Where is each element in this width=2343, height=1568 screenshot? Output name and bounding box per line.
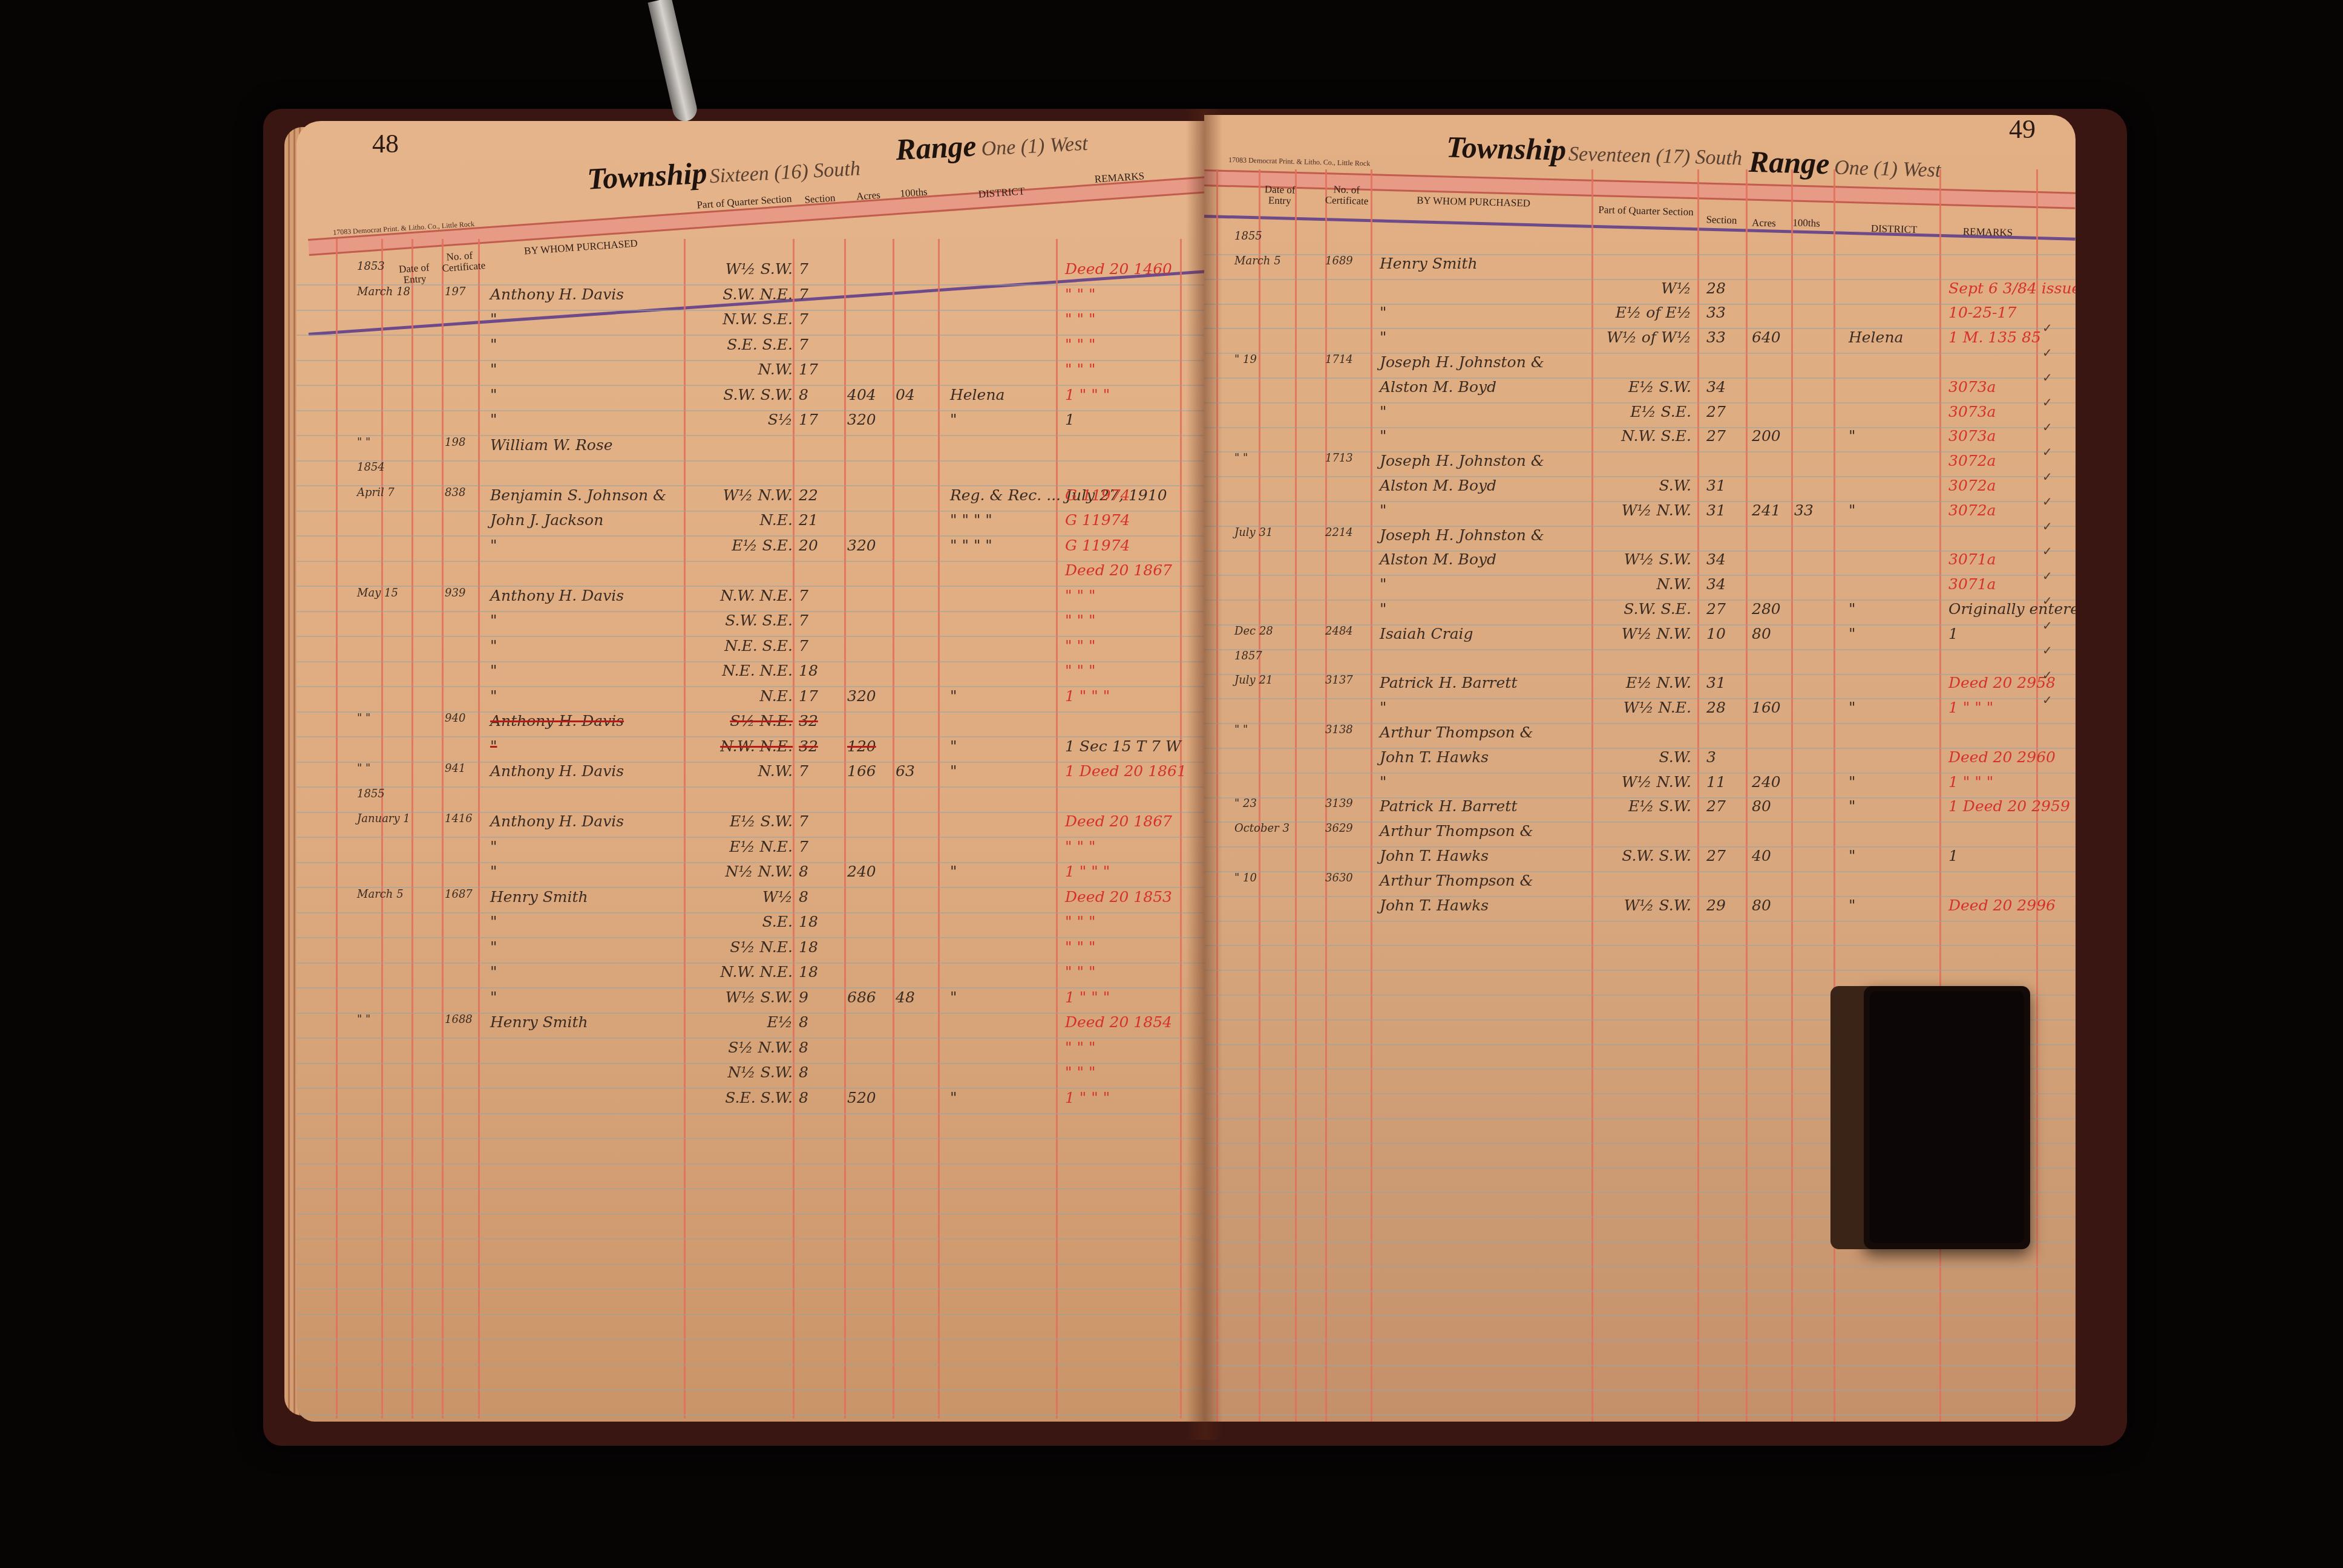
ledger-cell-date: " " bbox=[1234, 724, 1248, 736]
column-header: Section bbox=[1700, 214, 1743, 226]
ledger-cell-remarks: 1 bbox=[1948, 625, 1958, 642]
ledger-cell-hundredths: 33 bbox=[1794, 501, 1814, 519]
ledger-cell-remarks: " " " bbox=[1065, 637, 1095, 655]
township-heading: TownshipSixteen (16) South bbox=[586, 147, 861, 197]
ledger-cell-purchaser: " bbox=[490, 662, 497, 679]
ledger-cell-purchaser: " bbox=[490, 838, 497, 855]
ledger-cell-purchaser: Alston M. Boyd bbox=[1380, 550, 1496, 568]
ledger-cell-remarks: " " " bbox=[1065, 963, 1095, 981]
margin-checkmark: ✓ bbox=[2042, 668, 2053, 683]
ledger-cell-purchaser: " bbox=[1380, 304, 1387, 321]
ledger-cell-section: 22 bbox=[799, 486, 818, 504]
ledger-cell-date: 1854 bbox=[357, 461, 385, 474]
ledger-cell-purchaser: Joseph H. Johnston & bbox=[1380, 526, 1544, 544]
ledger-cell-date: January 1 bbox=[357, 812, 410, 825]
ledger-cell-part: S½ N.E. bbox=[696, 712, 793, 730]
ledger-cell-purchaser: Joseph H. Johnston & bbox=[1380, 452, 1544, 469]
ledger-cell-purchaser: " bbox=[1380, 427, 1387, 445]
ledger-cell-section: 3 bbox=[1706, 748, 1716, 766]
ledger-cell-section: 7 bbox=[799, 762, 808, 780]
column-rule bbox=[1259, 169, 1260, 1422]
row-rule bbox=[1204, 1414, 2076, 1416]
ledger-cell-purchaser: " bbox=[490, 537, 497, 554]
ledger-cell-part: W½ S.W. bbox=[696, 988, 793, 1006]
ledger-cell-remarks: 1 Deed 20 1861 bbox=[1065, 762, 1187, 780]
ledger-cell-section: 8 bbox=[799, 863, 808, 880]
margin-checkmark: ✓ bbox=[2042, 544, 2053, 559]
ledger-cell-section: 17 bbox=[799, 687, 818, 705]
ledger-cell-district: " bbox=[1849, 625, 1856, 642]
ledger-cell-district: " bbox=[1849, 847, 1856, 864]
ledger-cell-section: 10 bbox=[1706, 625, 1726, 642]
column-rule bbox=[1295, 169, 1297, 1422]
column-rule bbox=[1371, 169, 1372, 1422]
ledger-cell-part: W½ S.W. bbox=[696, 260, 793, 278]
row-rule bbox=[1204, 649, 2076, 650]
row-rule bbox=[297, 1414, 1204, 1416]
ledger-cell-acres: 80 bbox=[1752, 625, 1771, 642]
ledger-cell-section: 8 bbox=[799, 888, 808, 906]
ledger-cell-remarks: G 11974 bbox=[1065, 537, 1130, 554]
row-rule bbox=[1204, 1266, 2076, 1267]
ledger-cell-cert: 1714 bbox=[1325, 353, 1353, 366]
ledger-cell-part: E½ S.W. bbox=[696, 812, 793, 830]
ledger-cell-part: S.W. S.W. bbox=[696, 386, 793, 403]
ledger-cell-remarks: G 11974 bbox=[1065, 511, 1130, 529]
ledger-cell-remarks: 3072a bbox=[1948, 501, 1996, 519]
ledger-cell-acres: 241 bbox=[1752, 501, 1781, 519]
ledger-cell-district: " bbox=[1849, 427, 1856, 445]
column-header: No. of Certificate bbox=[441, 250, 479, 274]
ledger-cell-remarks: 1 " " " bbox=[1065, 386, 1110, 403]
ledger-cell-remarks: 1 " " " bbox=[1948, 773, 1993, 791]
ledger-cell-remarks: 3071a bbox=[1948, 575, 1996, 593]
column-rule bbox=[336, 239, 338, 1419]
ledger-cell-date: " " bbox=[357, 762, 370, 775]
ledger-cell-part: S.E. S.E. bbox=[696, 336, 793, 353]
ledger-cell-part: N.E. bbox=[696, 687, 793, 705]
ledger-cell-remarks: Sept 6 3/84 issued bbox=[1948, 279, 2076, 297]
row-rule bbox=[1204, 1315, 2076, 1316]
ledger-cell-purchaser: John T. Hawks bbox=[1380, 897, 1489, 914]
ledger-cell-section: 8 bbox=[799, 1089, 808, 1106]
metal-page-clip bbox=[648, 0, 700, 123]
ledger-cell-purchaser: Joseph H. Johnston & bbox=[1380, 353, 1544, 371]
ledger-cell-purchaser: Benjamin S. Johnson & bbox=[490, 486, 666, 504]
column-rule bbox=[478, 239, 480, 1419]
page-number: 49 bbox=[2009, 115, 2036, 145]
row-rule bbox=[297, 1314, 1204, 1315]
ledger-cell-section: 31 bbox=[1706, 477, 1726, 494]
margin-checkmark: ✓ bbox=[2042, 345, 2053, 361]
ledger-cell-cert: 1713 bbox=[1325, 452, 1353, 465]
column-header: 100ths bbox=[1788, 217, 1824, 229]
ledger-cell-cert: 941 bbox=[445, 762, 465, 775]
ledger-cell-remarks: Deed 20 2958 bbox=[1948, 674, 2056, 691]
row-rule bbox=[297, 1339, 1204, 1340]
ledger-cell-part: W½ N.W. bbox=[1597, 773, 1691, 791]
ledger-cell-section: 33 bbox=[1706, 304, 1726, 321]
ledger-cell-part: S½ N.E. bbox=[696, 938, 793, 956]
township-value: Seventeen (17) South bbox=[1568, 143, 1743, 170]
ledger-cell-remarks: " " " bbox=[1065, 662, 1095, 679]
ledger-cell-section: 21 bbox=[799, 511, 818, 529]
column-header: Date of Entry bbox=[1259, 184, 1302, 207]
row-rule bbox=[297, 1289, 1204, 1290]
ledger-cell-purchaser: " bbox=[1380, 575, 1387, 593]
ledger-cell-part: N.E. N.E. bbox=[696, 662, 793, 679]
ledger-cell-part: S.W. bbox=[1597, 748, 1691, 766]
ledger-cell-purchaser: " bbox=[1380, 699, 1387, 716]
ledger-cell-remarks: Originally entered as S½ of S.E. bbox=[1948, 600, 2076, 618]
range-value: One (1) West bbox=[981, 132, 1089, 160]
ledger-cell-section: 7 bbox=[799, 812, 808, 830]
ledger-cell-section: 31 bbox=[1706, 674, 1726, 691]
ledger-cell-cert: 197 bbox=[445, 286, 465, 298]
ledger-cell-part: E½ S.E. bbox=[1597, 403, 1691, 420]
column-rule bbox=[381, 239, 383, 1419]
column-rule bbox=[2036, 169, 2038, 1422]
ledger-cell-district: " " " " bbox=[950, 537, 992, 554]
ledger-cell-remarks: " " " bbox=[1065, 587, 1095, 604]
ledger-cell-purchaser: " bbox=[490, 411, 497, 428]
ledger-cell-purchaser: Anthony H. Davis bbox=[490, 286, 624, 303]
ledger-cell-date: " 23 bbox=[1234, 797, 1257, 810]
ledger-cell-acres: 280 bbox=[1752, 600, 1781, 618]
ledger-cell-cert: 940 bbox=[445, 712, 465, 725]
ledger-cell-part: W½ N.W. bbox=[696, 486, 793, 504]
printer-line: 17083 Democrat Print. & Litho. Co., Litt… bbox=[1228, 155, 1371, 168]
ledger-cell-remarks: 1 " " " bbox=[1948, 699, 1993, 716]
ledger-cell-purchaser: Alston M. Boyd bbox=[1380, 378, 1496, 396]
ledger-cell-remarks: " " " bbox=[1065, 1039, 1095, 1056]
ledger-cell-purchaser: Patrick H. Barrett bbox=[1380, 797, 1517, 815]
ledger-cell-section: 11 bbox=[1706, 773, 1726, 791]
ledger-cell-section: 8 bbox=[799, 1063, 808, 1081]
ledger-cell-part: S.E. S.W. bbox=[696, 1089, 793, 1106]
ledger-cell-remarks: Deed 20 1867 bbox=[1065, 561, 1172, 579]
ledger-cell-purchaser: Anthony H. Davis bbox=[490, 712, 624, 730]
township-label: Township bbox=[586, 155, 708, 195]
ledger-cell-part: N½ S.W. bbox=[696, 1063, 793, 1081]
ledger-cell-section: 18 bbox=[799, 938, 818, 956]
township-heading: TownshipSeventeen (17) South bbox=[1446, 129, 1743, 172]
ledger-cell-remarks: 3073a bbox=[1948, 378, 1996, 396]
township-value: Sixteen (16) South bbox=[709, 157, 861, 188]
paperweight bbox=[1864, 986, 2030, 1249]
row-rule bbox=[297, 786, 1204, 788]
margin-checkmark: ✓ bbox=[2042, 618, 2053, 633]
ledger-cell-part: E½ S.W. bbox=[1597, 378, 1691, 396]
margin-checkmark: ✓ bbox=[2042, 693, 2053, 708]
ledger-cell-date: " 10 bbox=[1234, 872, 1257, 884]
ledger-cell-part: E½ of E½ bbox=[1597, 304, 1691, 321]
ledger-cell-section: 18 bbox=[799, 913, 818, 930]
ledger-cell-date: Dec 28 bbox=[1234, 625, 1273, 638]
ledger-cell-part: E½ S.W. bbox=[1597, 797, 1691, 815]
ledger-cell-part: N.W. N.E. bbox=[696, 737, 793, 755]
column-header: Part of Quarter Section bbox=[1597, 204, 1694, 218]
ledger-cell-cert: 1689 bbox=[1325, 255, 1353, 267]
ledger-cell-section: 17 bbox=[799, 361, 818, 378]
ledger-cell-purchaser: " bbox=[1380, 501, 1387, 519]
row-rule bbox=[1204, 1291, 2076, 1292]
ledger-cell-section: 17 bbox=[799, 411, 818, 428]
row-rule bbox=[297, 1163, 1204, 1165]
ledger-cell-remarks: 1 " " " bbox=[1065, 1089, 1110, 1106]
column-rule bbox=[938, 239, 940, 1419]
ledger-cell-purchaser: Isaiah Craig bbox=[1380, 625, 1473, 642]
ledger-cell-purchaser: John J. Jackson bbox=[490, 511, 603, 529]
ledger-cell-acres: 80 bbox=[1752, 797, 1771, 815]
ledger-cell-part: N.W. S.E. bbox=[1597, 427, 1691, 445]
ledger-cell-section: 32 bbox=[799, 712, 818, 730]
ledger-cell-date: July 21 bbox=[1234, 674, 1273, 687]
ledger-cell-remarks: " " " bbox=[1065, 286, 1095, 303]
ledger-cell-district: " bbox=[1849, 600, 1856, 618]
ledger-cell-purchaser: Anthony H. Davis bbox=[490, 762, 624, 780]
ledger-cell-remarks: 3073a bbox=[1948, 403, 1996, 420]
ledger-cell-section: 18 bbox=[799, 963, 818, 981]
ledger-cell-section: 7 bbox=[799, 637, 808, 655]
ledger-cell-purchaser: " bbox=[1380, 403, 1387, 420]
ledger-cell-section: 7 bbox=[799, 838, 808, 855]
ledger-cell-purchaser: " bbox=[1380, 600, 1387, 618]
column-rule bbox=[1180, 239, 1182, 1419]
ledger-cell-date: 1855 bbox=[1234, 230, 1262, 243]
ledger-cell-acres: 166 bbox=[847, 762, 876, 780]
ledger-cell-district: Helena bbox=[950, 386, 1004, 403]
row-rule bbox=[297, 1113, 1204, 1114]
ledger-cell-remarks: 1 Sec 15 T 7 W bbox=[1065, 737, 1181, 755]
ledger-cell-remarks: 1 M. 135 85 bbox=[1948, 328, 2041, 346]
ledger-cell-purchaser: " bbox=[490, 737, 497, 755]
row-rule bbox=[297, 1389, 1204, 1390]
ledger-cell-district: " bbox=[950, 1089, 957, 1106]
column-rule bbox=[411, 239, 413, 1419]
ledger-cell-district: " bbox=[950, 687, 957, 705]
ledger-cell-remarks: " " " bbox=[1065, 838, 1095, 855]
column-header: No. of Certificate bbox=[1325, 184, 1368, 207]
row-rule bbox=[297, 1364, 1204, 1365]
ledger-cell-part: N.W. bbox=[696, 361, 793, 378]
ledger-cell-part: N.W. bbox=[696, 762, 793, 780]
row-rule bbox=[297, 1138, 1204, 1139]
ledger-cell-purchaser: John T. Hawks bbox=[1380, 847, 1489, 864]
ledger-cell-purchaser: " bbox=[490, 963, 497, 981]
ledger-cell-section: 8 bbox=[799, 386, 808, 403]
ledger-cell-part: S½ bbox=[696, 411, 793, 428]
ledger-cell-section: 34 bbox=[1706, 550, 1726, 568]
ledger-cell-date: " " bbox=[357, 436, 370, 449]
ledger-cell-section: 7 bbox=[799, 336, 808, 353]
ledger-cell-hundredths: 04 bbox=[896, 386, 915, 403]
margin-checkmark: ✓ bbox=[2042, 370, 2053, 385]
ledger-cell-purchaser: " bbox=[490, 913, 497, 930]
range-heading: RangeOne (1) West bbox=[1748, 144, 1941, 184]
margin-checkmark: ✓ bbox=[2042, 321, 2053, 336]
ledger-cell-purchaser: " bbox=[490, 336, 497, 353]
column-rule bbox=[684, 239, 686, 1419]
column-rule bbox=[1591, 169, 1593, 1422]
column-rule bbox=[893, 239, 894, 1419]
ledger-cell-part: W½ S.W. bbox=[1597, 550, 1691, 568]
ledger-cell-section: 8 bbox=[799, 1013, 808, 1031]
ledger-cell-district: " " " " bbox=[950, 511, 992, 529]
ledger-cell-part: N.W. N.E. bbox=[696, 963, 793, 981]
range-label: Range bbox=[1748, 145, 1830, 180]
ledger-cell-acres: 640 bbox=[1752, 328, 1781, 346]
ledger-cell-part: E½ S.E. bbox=[696, 537, 793, 554]
ledger-cell-date: May 15 bbox=[357, 587, 398, 599]
margin-checkmark: ✓ bbox=[2042, 519, 2053, 534]
ledger-cell-date: " " bbox=[1234, 452, 1248, 465]
column-header: BY WHOM PURCHASED bbox=[1380, 194, 1567, 210]
ledger-cell-part: W½ N.W. bbox=[1597, 501, 1691, 519]
ledger-cell-date: October 3 bbox=[1234, 822, 1289, 835]
ledger-cell-remarks: 1 Deed 20 2959 bbox=[1948, 797, 2070, 815]
ledger-cell-section: 7 bbox=[799, 260, 808, 278]
column-header: DISTRICT bbox=[1852, 223, 1936, 236]
margin-checkmark: ✓ bbox=[2042, 395, 2053, 410]
ledger-cell-date: 1857 bbox=[1234, 650, 1262, 662]
ledger-cell-acres: 320 bbox=[847, 537, 876, 554]
ledger-cell-date: 1853 bbox=[357, 260, 385, 273]
ledger-cell-section: 29 bbox=[1706, 897, 1726, 914]
ledger-cell-cert: 3139 bbox=[1325, 797, 1353, 810]
ledger-cell-remarks: Deed 20 1460 bbox=[1065, 260, 1172, 278]
ledger-cell-remarks: 1 " " " bbox=[1065, 988, 1110, 1006]
column-header: Date of Entry bbox=[387, 261, 442, 287]
ledger-cell-acres: 200 bbox=[1752, 427, 1781, 445]
column-rule bbox=[793, 239, 795, 1419]
row-rule bbox=[1204, 1340, 2076, 1341]
ledger-cell-remarks: Deed 20 1853 bbox=[1065, 888, 1172, 906]
ledger-cell-cert: 3138 bbox=[1325, 724, 1353, 736]
ledger-cell-remarks: Deed 20 1867 bbox=[1065, 812, 1172, 830]
ledger-cell-purchaser: Patrick H. Barrett bbox=[1380, 674, 1517, 691]
margin-checkmark: ✓ bbox=[2042, 420, 2053, 435]
ledger-cell-remarks: 1 bbox=[1948, 847, 1958, 864]
ledger-cell-acres: 160 bbox=[1752, 699, 1781, 716]
ledger-cell-hundredths: 48 bbox=[896, 988, 915, 1006]
ledger-cell-part: E½ N.E. bbox=[696, 838, 793, 855]
ledger-cell-purchaser: " bbox=[490, 687, 497, 705]
ledger-cell-date: March 18 bbox=[357, 286, 410, 298]
ledger-cell-date: " " bbox=[357, 712, 370, 725]
ledger-cell-remarks: G 11974 bbox=[1065, 486, 1130, 504]
ledger-cell-acres: 120 bbox=[847, 737, 876, 755]
ledger-cell-remarks: 3072a bbox=[1948, 452, 1996, 469]
ledger-cell-cert: 2214 bbox=[1325, 526, 1353, 539]
ledger-cell-district: " bbox=[1849, 797, 1856, 815]
row-rule bbox=[297, 460, 1204, 462]
ledger-cell-cert: 838 bbox=[445, 486, 465, 499]
ledger-cell-purchaser: " bbox=[490, 863, 497, 880]
ledger-cell-acres: 320 bbox=[847, 411, 876, 428]
ledger-cell-part: W½ bbox=[696, 888, 793, 906]
ledger-cell-part: S.W. S.E. bbox=[1597, 600, 1691, 618]
ledger-cell-section: 18 bbox=[799, 662, 818, 679]
ledger-cell-purchaser: Arthur Thompson & bbox=[1380, 724, 1533, 741]
range-label: Range bbox=[895, 128, 977, 166]
ledger-cell-part: W½ N.W. bbox=[1597, 625, 1691, 642]
ledger-cell-cert: 2484 bbox=[1325, 625, 1353, 638]
ledger-cell-section: 34 bbox=[1706, 378, 1726, 396]
ledger-cell-district: " bbox=[950, 762, 957, 780]
ledger-cell-section: 8 bbox=[799, 1039, 808, 1056]
ledger-cell-district: " bbox=[1849, 773, 1856, 791]
ledger-cell-purchaser: " bbox=[490, 988, 497, 1006]
ledger-cell-purchaser: Anthony H. Davis bbox=[490, 587, 624, 604]
column-header: Acres bbox=[1746, 217, 1782, 229]
ledger-cell-cert: 198 bbox=[445, 436, 465, 449]
ledger-cell-remarks: 3072a bbox=[1948, 477, 1996, 494]
row-rule bbox=[1204, 970, 2076, 971]
ledger-cell-cert: 3137 bbox=[1325, 674, 1353, 687]
ledger-cell-remarks: " " " bbox=[1065, 310, 1095, 328]
ledger-cell-section: 28 bbox=[1706, 279, 1726, 297]
ledger-cell-remarks: " " " bbox=[1065, 361, 1095, 378]
ledger-cell-district: Helena bbox=[1849, 328, 1903, 346]
ledger-cell-date: " 19 bbox=[1234, 353, 1257, 366]
ledger-cell-acres: 520 bbox=[847, 1089, 876, 1106]
ledger-cell-date: 1855 bbox=[357, 788, 385, 800]
ledger-cell-part: S.W. N.E. bbox=[696, 286, 793, 303]
ledger-cell-section: 32 bbox=[799, 737, 818, 755]
ledger-cell-acres: 404 bbox=[847, 386, 876, 403]
ledger-cell-purchaser: William W. Rose bbox=[490, 436, 613, 454]
ledger-cell-part: N.E. S.E. bbox=[696, 637, 793, 655]
ledger-cell-section: 34 bbox=[1706, 575, 1726, 593]
ledger-cell-purchaser: Arthur Thompson & bbox=[1380, 822, 1533, 840]
range-value: One (1) West bbox=[1834, 157, 1941, 182]
ledger-cell-part: N.W. S.E. bbox=[696, 310, 793, 328]
row-rule bbox=[1204, 1390, 2076, 1391]
ledger-cell-purchaser: " bbox=[490, 361, 497, 378]
ledger-cell-section: 9 bbox=[799, 988, 808, 1006]
ledger-cell-purchaser: " bbox=[490, 637, 497, 655]
ledger-cell-part: W½ N.E. bbox=[1597, 699, 1691, 716]
range-heading: RangeOne (1) West bbox=[895, 122, 1089, 168]
ledger-cell-section: 27 bbox=[1706, 797, 1726, 815]
column-rule bbox=[844, 239, 846, 1419]
column-rule bbox=[1056, 239, 1058, 1419]
ledger-cell-section: 28 bbox=[1706, 699, 1726, 716]
book-gutter bbox=[1186, 109, 1222, 1440]
row-rule bbox=[297, 1214, 1204, 1215]
row-rule bbox=[297, 1238, 1204, 1240]
ledger-cell-part: W½ bbox=[1597, 279, 1691, 297]
ledger-cell-purchaser: " bbox=[490, 612, 497, 629]
ledger-cell-district: " bbox=[950, 863, 957, 880]
ledger-cell-part: N.W. N.E. bbox=[696, 587, 793, 604]
ledger-cell-district: " bbox=[1849, 897, 1856, 914]
ledger-cell-section: 7 bbox=[799, 612, 808, 629]
ledger-cell-part: N.E. bbox=[696, 511, 793, 529]
ledger-cell-district: " bbox=[950, 737, 957, 755]
ledger-cell-section: 31 bbox=[1706, 501, 1726, 519]
ledger-cell-cert: 939 bbox=[445, 587, 465, 599]
ledger-cell-district: " bbox=[1849, 501, 1856, 519]
ledger-cell-purchaser: " bbox=[490, 938, 497, 956]
ledger-cell-date: " " bbox=[357, 1013, 370, 1026]
row-rule bbox=[1204, 945, 2076, 946]
ledger-cell-remarks: " " " bbox=[1065, 913, 1095, 930]
ledger-cell-part: W½ S.W. bbox=[1597, 897, 1691, 914]
ledger-cell-part: S.W. bbox=[1597, 477, 1691, 494]
ledger-cell-purchaser: Alston M. Boyd bbox=[1380, 477, 1496, 494]
